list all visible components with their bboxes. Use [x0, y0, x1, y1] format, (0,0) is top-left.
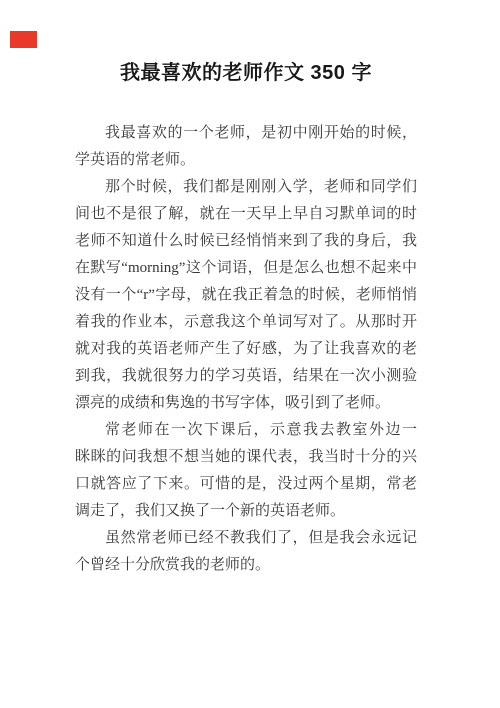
text-line: 那个时候，我们都是刚刚入学，老师和同学们彼此之	[75, 174, 417, 201]
text-line: 口就答应了下来。可惜的是，没过两个星期，常老师就被	[75, 471, 417, 498]
paragraph-1: 我最喜欢的一个老师，是初中刚开始的时候，教我们学英语的常老师。	[75, 120, 417, 174]
text-line: 在默写“morning”这个词语，但是怎么也想不起来中间有	[75, 255, 417, 282]
text-line: 间也不是很了解，就在一天早上早自习默单词的时候，常	[75, 201, 417, 228]
text-line: 学英语的常老师。	[75, 147, 417, 174]
paragraph-4: 虽然常老师已经不教我们了，但是我会永远记得有一个曾经十分欣赏我的老师的。	[75, 525, 417, 579]
text-line: 常老师在一次下课后，示意我去教室外边一下，她笑	[75, 417, 417, 444]
red-marker	[10, 31, 37, 48]
text-line: 到我，我就很努力的学习英语，结果在一次小测验中，我	[75, 363, 417, 390]
text-line: 我最喜欢的一个老师，是初中刚开始的时候，教我们	[75, 120, 417, 147]
page-title: 我最喜欢的老师作文 350 字	[70, 58, 422, 88]
text-line: 老师不知道什么时候已经悄悄来到了我的身后，我当时正	[75, 228, 417, 255]
document-page: 我最喜欢的老师作文 350 字 我最喜欢的一个老师，是初中刚开始的时候，教我们学…	[0, 0, 500, 708]
essay-body: 我最喜欢的一个老师，是初中刚开始的时候，教我们学英语的常老师。 那个时候，我们都…	[75, 120, 417, 579]
text-line: 虽然常老师已经不教我们了，但是我会永远记得有一	[75, 525, 417, 552]
text-line: 没有一个“r”字母，就在我正着急的时候，老师悄悄的指	[75, 282, 417, 309]
text-line: 个曾经十分欣赏我的老师的。	[75, 552, 417, 579]
text-line: 就对我的英语老师产生了好感，为了让我喜欢的老师注意	[75, 336, 417, 363]
text-line: 调走了，我们又换了一个新的英语老师。	[75, 498, 417, 525]
text-line: 漂亮的成绩和隽逸的书写字体，吸引到了老师。	[75, 390, 417, 417]
text-line: 着我的作业本，示意我这个单词写对了。从那时开始，我	[75, 309, 417, 336]
paragraph-2: 那个时候，我们都是刚刚入学，老师和同学们彼此之间也不是很了解，就在一天早上早自习…	[75, 174, 417, 417]
paragraph-3: 常老师在一次下课后，示意我去教室外边一下，她笑眯眯的问我想不想当她的课代表，我当…	[75, 417, 417, 525]
text-line: 眯眯的问我想不想当她的课代表，我当时十分的兴奋，一	[75, 444, 417, 471]
